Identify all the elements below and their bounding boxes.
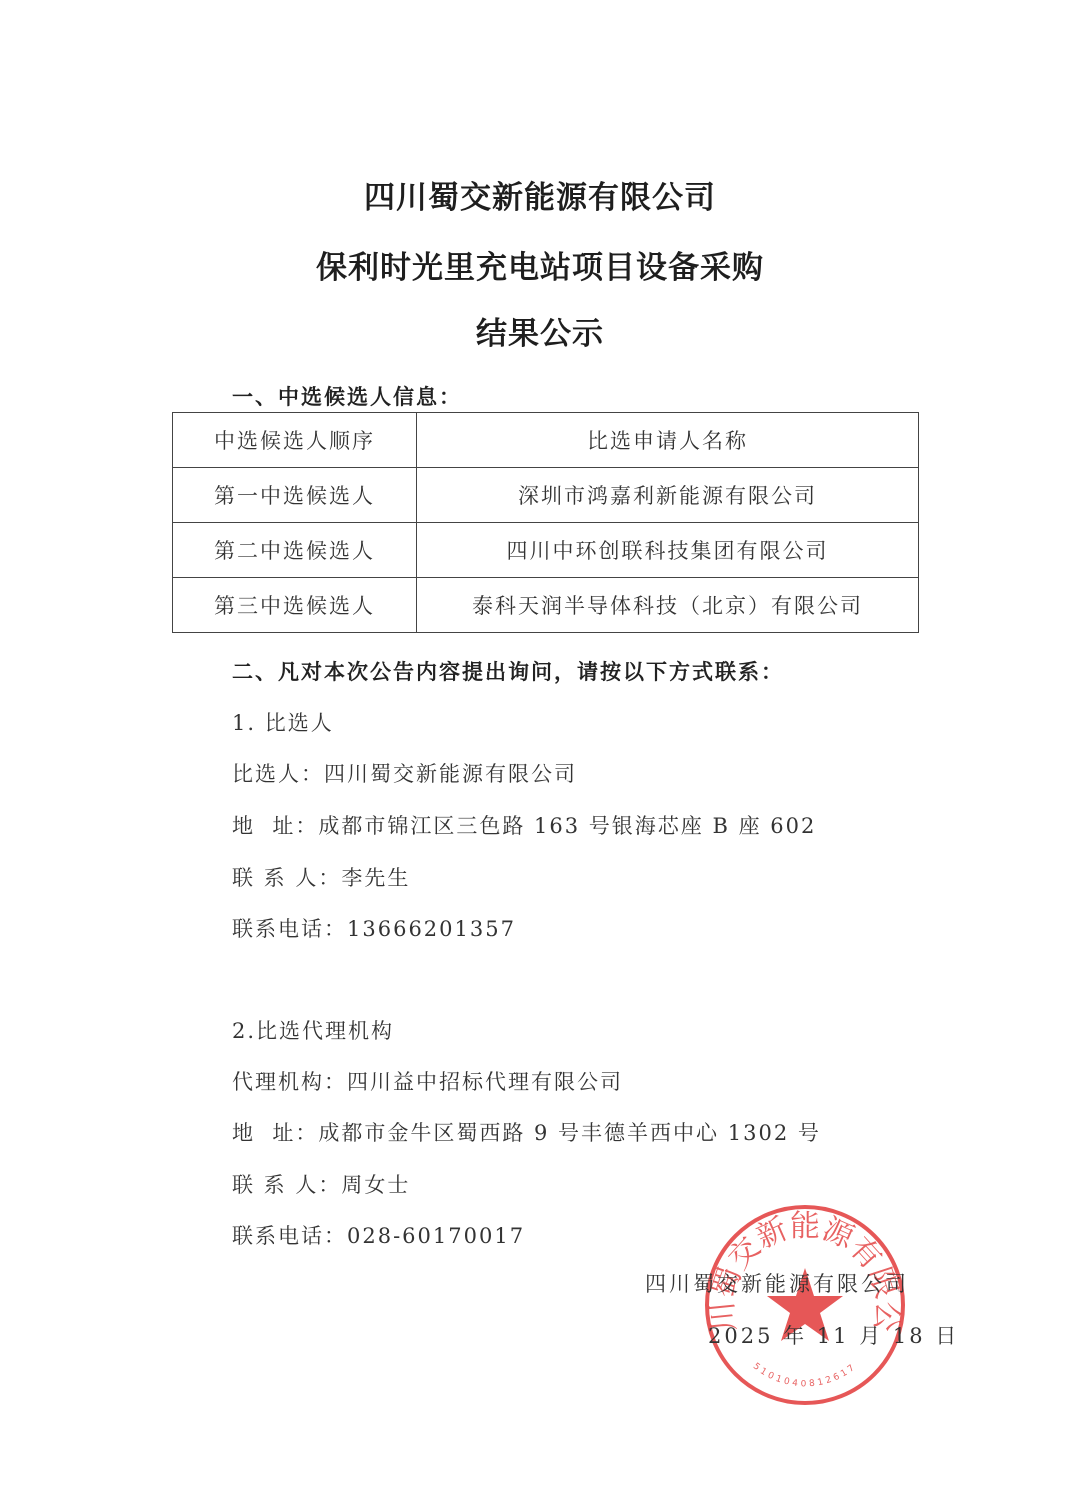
table-row: 第二中选候选人 四川中环创联科技集团有限公司 xyxy=(173,523,919,578)
candidates-table: 中选候选人顺序 比选申请人名称 第一中选候选人 深圳市鸿嘉利新能源有限公司 第二… xyxy=(172,412,919,633)
table-header-row: 中选候选人顺序 比选申请人名称 xyxy=(173,413,919,468)
agency-phone: 联系电话：028-60170017 xyxy=(232,1220,525,1250)
title-company: 四川蜀交新能源有限公司 xyxy=(0,172,1080,217)
tenderer-contact: 联 系 人：李先生 xyxy=(232,862,410,892)
table-cell-name: 四川中环创联科技集团有限公司 xyxy=(417,523,919,578)
agency-name: 代理机构：四川益中招标代理有限公司 xyxy=(232,1066,623,1096)
table-header-cell: 比选申请人名称 xyxy=(417,413,919,468)
table-row: 第一中选候选人 深圳市鸿嘉利新能源有限公司 xyxy=(173,468,919,523)
title-result: 结果公示 xyxy=(0,308,1080,353)
title-project: 保利时光里充电站项目设备采购 xyxy=(0,242,1080,287)
tenderer-phone: 联系电话：13666201357 xyxy=(232,913,516,943)
table-cell-rank: 第三中选候选人 xyxy=(173,578,417,633)
table-cell-rank: 第二中选候选人 xyxy=(173,523,417,578)
tenderer-address: 地 址：成都市锦江区三色路 163 号银海芯座 B 座 602 xyxy=(232,810,816,840)
agency-label: 2.比选代理机构 xyxy=(232,1015,394,1045)
section-heading-candidates: 一、中选候选人信息： xyxy=(232,381,462,411)
table-row: 第三中选候选人 泰科天润半导体科技（北京）有限公司 xyxy=(173,578,919,633)
tenderer-label: 1. 比选人 xyxy=(232,707,334,737)
table-cell-rank: 第一中选候选人 xyxy=(173,468,417,523)
agency-contact: 联 系 人：周女士 xyxy=(232,1169,410,1199)
table-cell-name: 泰科天润半导体科技（北京）有限公司 xyxy=(417,578,919,633)
tenderer-name: 比选人：四川蜀交新能源有限公司 xyxy=(232,758,577,788)
company-seal-icon: 四川蜀交新能源有限公司 5101040812617 xyxy=(700,1200,910,1410)
signature-date: 2025 年 11 月 18 日 xyxy=(708,1320,959,1350)
agency-address: 地 址：成都市金牛区蜀西路 9 号丰德羊西中心 1302 号 xyxy=(232,1117,821,1147)
table-header-cell: 中选候选人顺序 xyxy=(173,413,417,468)
signature-company: 四川蜀交新能源有限公司 xyxy=(645,1268,909,1298)
svg-text:5101040812617: 5101040812617 xyxy=(751,1361,859,1389)
section-heading-contact: 二、凡对本次公告内容提出询问，请按以下方式联系： xyxy=(232,656,784,686)
table-cell-name: 深圳市鸿嘉利新能源有限公司 xyxy=(417,468,919,523)
